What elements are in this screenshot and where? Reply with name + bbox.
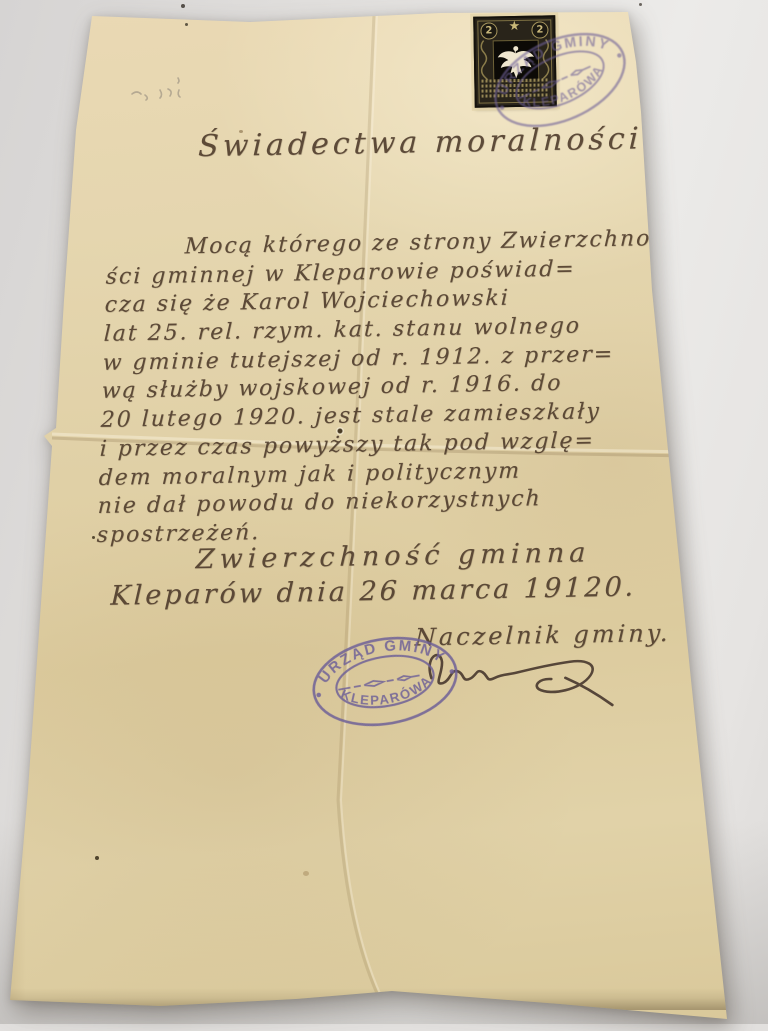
svg-text:KLEPARÓWA: KLEPARÓWA xyxy=(336,671,437,715)
paper-shadow: 2 ★ 2 xyxy=(0,0,768,1024)
handwriting-layer: Świadectwa moralności. Mocą którego ze s… xyxy=(0,0,768,1024)
document-body: Mocą którego ze strony Zwierzchno= ści g… xyxy=(96,226,672,552)
paper-sheet: 2 ★ 2 xyxy=(0,0,768,1024)
oval-stamp-bottom-text: KLEPARÓWA xyxy=(336,671,437,715)
closing-line: Kleparów dnia 26 marca 19120. xyxy=(110,572,637,612)
closing-line: Zwierzchność gminna xyxy=(195,537,591,575)
document-title: Świadectwa moralności. xyxy=(198,121,657,164)
photo-background: 2 ★ 2 xyxy=(0,0,768,1024)
